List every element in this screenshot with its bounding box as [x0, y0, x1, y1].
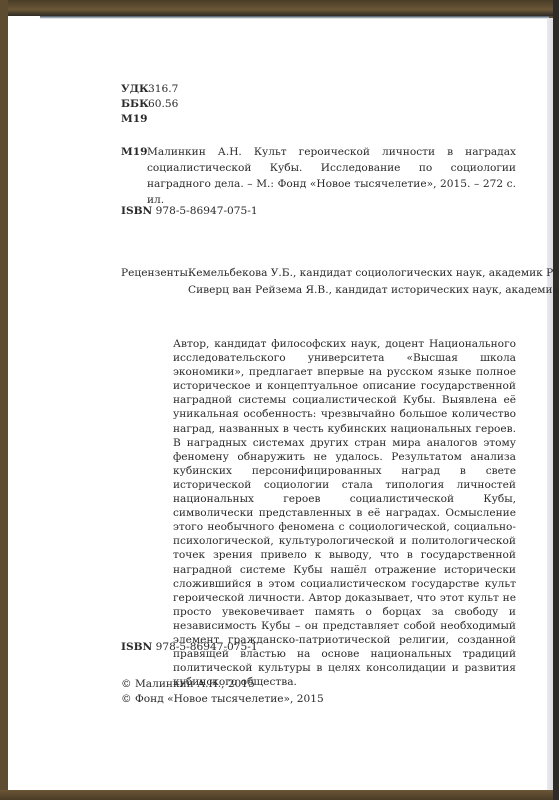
isbn-bottom-label: ISBN — [121, 641, 152, 653]
isbn-top: ISBN 978-5-86947-075-1 — [121, 205, 258, 218]
udk-value: 316.7 — [148, 83, 178, 95]
scan-background-bottom — [0, 790, 559, 800]
reviewers-label: Рецензенты: — [121, 267, 192, 279]
copyright-author: © Малинкин А.Н., 2015 — [121, 678, 255, 691]
isbn-bottom: ISBN 978-5-86947-075-1 — [121, 641, 258, 654]
annotation-abstract: Автор, кандидат философских наук, доцент… — [173, 337, 516, 689]
page-top-shadow — [40, 16, 550, 19]
copyright-publisher: © Фонд «Новое тысячелетие», 2015 — [121, 693, 324, 706]
scan-background-left — [0, 0, 8, 800]
isbn-top-label: ISBN — [121, 205, 152, 217]
bibliographic-text: Малинкин А.Н. Культ героической личности… — [147, 144, 516, 208]
author-mark: М19 — [121, 113, 147, 125]
bbk-value: 60.56 — [148, 98, 178, 110]
scan-background-right — [553, 0, 559, 800]
reviewer-item: Сиверц ван Рейзема Я.В., кандидат истори… — [188, 284, 559, 296]
bibliographic-code: М19 — [121, 144, 147, 160]
reviewer-item: Кемельбекова У.Б., кандидат социологичес… — [188, 267, 559, 279]
isbn-top-value: 978-5-86947-075-1 — [156, 205, 258, 217]
udk-label: УДК — [121, 83, 149, 95]
isbn-bottom-value: 978-5-86947-075-1 — [156, 641, 258, 653]
bbk-label: ББК — [121, 98, 149, 110]
scan-background-top — [0, 0, 559, 16]
bibliographic-record: М19 Малинкин А.Н. Культ героической личн… — [121, 144, 516, 208]
